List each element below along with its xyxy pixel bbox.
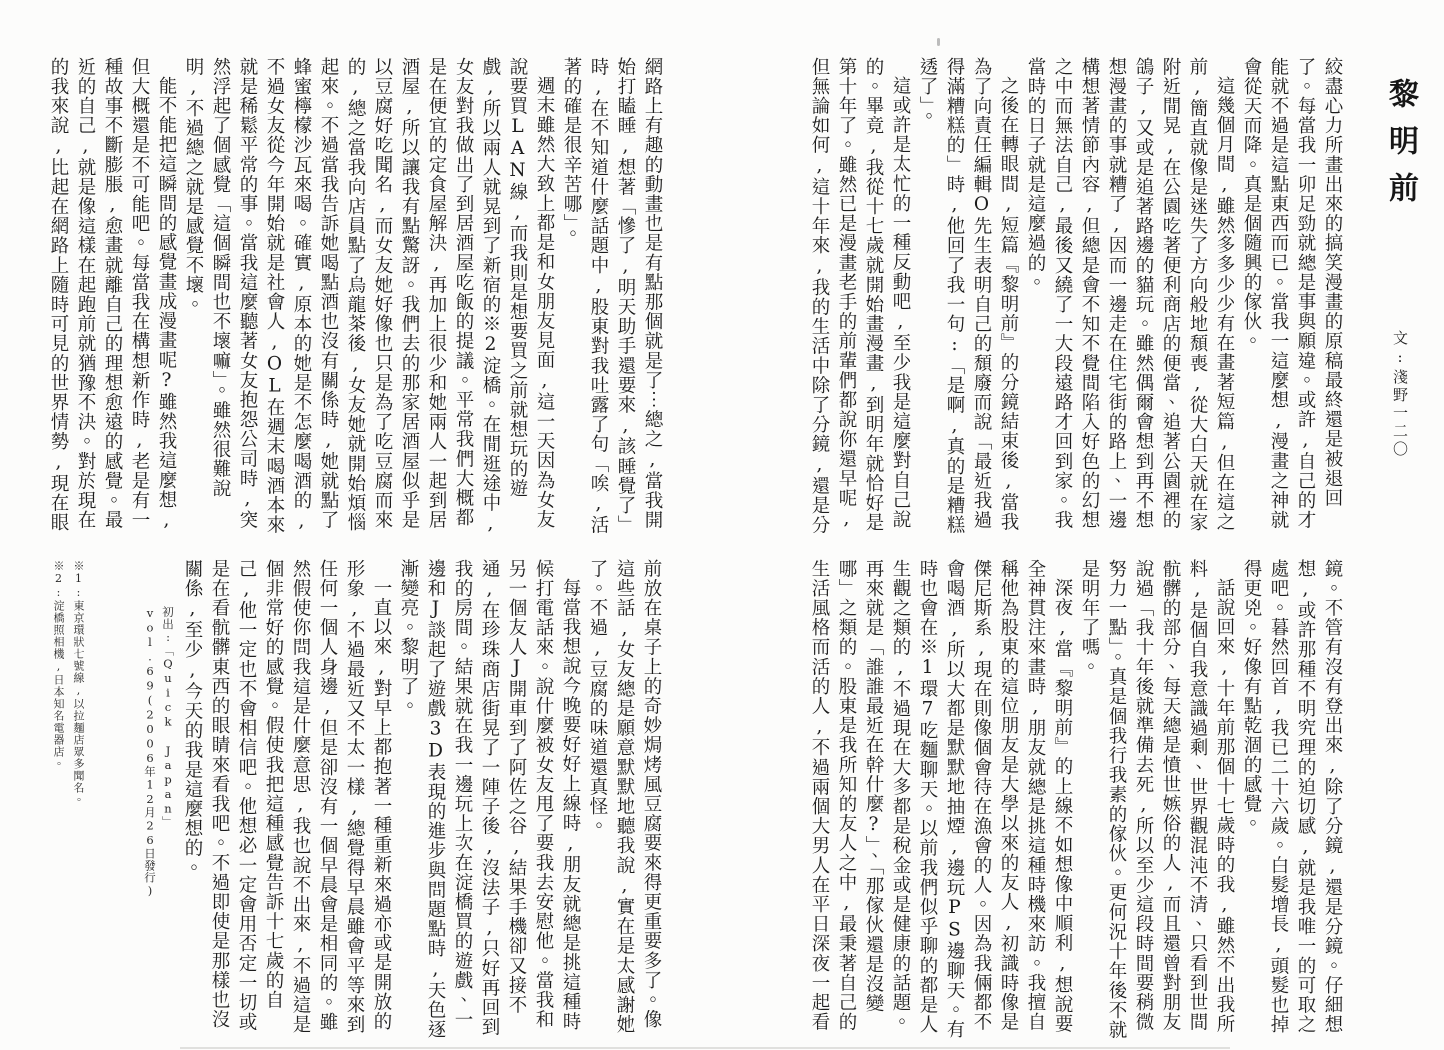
left-page-top-text-block: 網路上有趣的動畫也是有點那個就是了⋯總之,當我開始打瞌睡,想著「慘了,明天助手還… xyxy=(45,57,666,535)
text-column-paragraph: 鏡。不管有沒有登出來,除了分鏡,還是分鏡。仔細想想,或許那種不明究理的迫切感,就… xyxy=(1238,559,1346,1043)
text-column-paragraph: 深夜,當『黎明前』的上線不如想像中順利,想說要全神貫注來畫時,朋友就總是挑這種時… xyxy=(806,559,1076,1043)
text-column-paragraph: 網路上有趣的動畫也是有點那個就是了⋯總之,當我開始打瞌睡,想著「慘了,明天助手還… xyxy=(558,57,666,535)
first-publication-colophon: 初出:「Quick Japan」vol.69(2006年12月26日發行) xyxy=(141,606,177,936)
text-column-paragraph: 一直以來,對早上都抱著一種重新來過亦或是開放的形象,不過最近又不太一樣,總覺得早… xyxy=(179,559,395,1043)
text-column-paragraph: 能不能把這瞬間的感覺畫成漫畫呢?雖然我這麼想,但大概還是不可能吧。每當我在構想新… xyxy=(45,57,180,535)
text-column-paragraph: 這幾個月間,雖然多多少少有在畫著短篇,但在這之前,簡直就像是迷失了方向般地頹喪,… xyxy=(1022,57,1238,535)
text-column-paragraph: 前放在桌子上的奇妙焗烤風豆腐要來得更重要多了。像這些話,女友總是願意默默地聽我說… xyxy=(584,559,665,1043)
essay-title: 黎明前 xyxy=(1378,78,1422,258)
scan-bottom-edge xyxy=(180,1047,1230,1049)
right-page-bottom-text-block: 鏡。不管有沒有登出來,除了分鏡,還是分鏡。仔細想想,或許那種不明究理的迫切感,就… xyxy=(806,559,1346,1043)
text-column-paragraph: 每當我想說今晚要好好上線時,朋友就總是挑這種時候打電話來。說什麼被女友甩了要我去… xyxy=(395,559,584,1043)
text-column-paragraph: 之後在轉眼間,短篇『黎明前』的分鏡結束後,當我為了向責任編輯O先生表明自己的頹廢… xyxy=(914,57,1022,535)
essay-byline: 文:淺野一二〇 xyxy=(1390,330,1411,500)
translator-footnotes: ※1:東京環狀七號線,以拉麵店眾多聞名。※2:淀橋照相機,日本知名電器店。 xyxy=(44,560,88,810)
left-page-bottom-text-block: 前放在桌子上的奇妙焗烤風豆腐要來得更重要多了。像這些話,女友總是願意默默地聽我說… xyxy=(178,559,665,1043)
text-column-paragraph: ※1:東京環狀七號線,以拉麵店眾多聞名。 xyxy=(68,560,88,810)
right-page-top-text-block: 絞盡心力所畫出來的搞笑漫畫的原稿最終還是被退回了。每當我一卯足勁就總是事與願違。… xyxy=(806,57,1346,535)
scan-dust-mark xyxy=(937,38,940,46)
text-column-paragraph: 話說回來,十年前那個十七歲時的我,雖然不出我所料,是個自我意識過剩、世界觀混沌不… xyxy=(1076,559,1238,1043)
text-column-paragraph: 這或許是太忙的一種反動吧,至少我是這麼對自己說的。畢竟,我從十七歲就開始畫漫畫,… xyxy=(806,57,914,535)
text-column-paragraph: ※2:淀橋照相機,日本知名電器店。 xyxy=(48,560,68,810)
text-column-paragraph: 絞盡心力所畫出來的搞笑漫畫的原稿最終還是被退回了。每當我一卯足勁就總是事與願違。… xyxy=(1238,57,1346,535)
text-column-paragraph: 週末雖然大致上都是和女朋友見面,這一天因為女友說要買LAN線,而我則是想要買之前… xyxy=(180,57,558,535)
scanned-book-spread: 黎明前 文:淺野一二〇 絞盡心力所畫出來的搞笑漫畫的原稿最終還是被退回了。每當我… xyxy=(0,0,1444,1050)
